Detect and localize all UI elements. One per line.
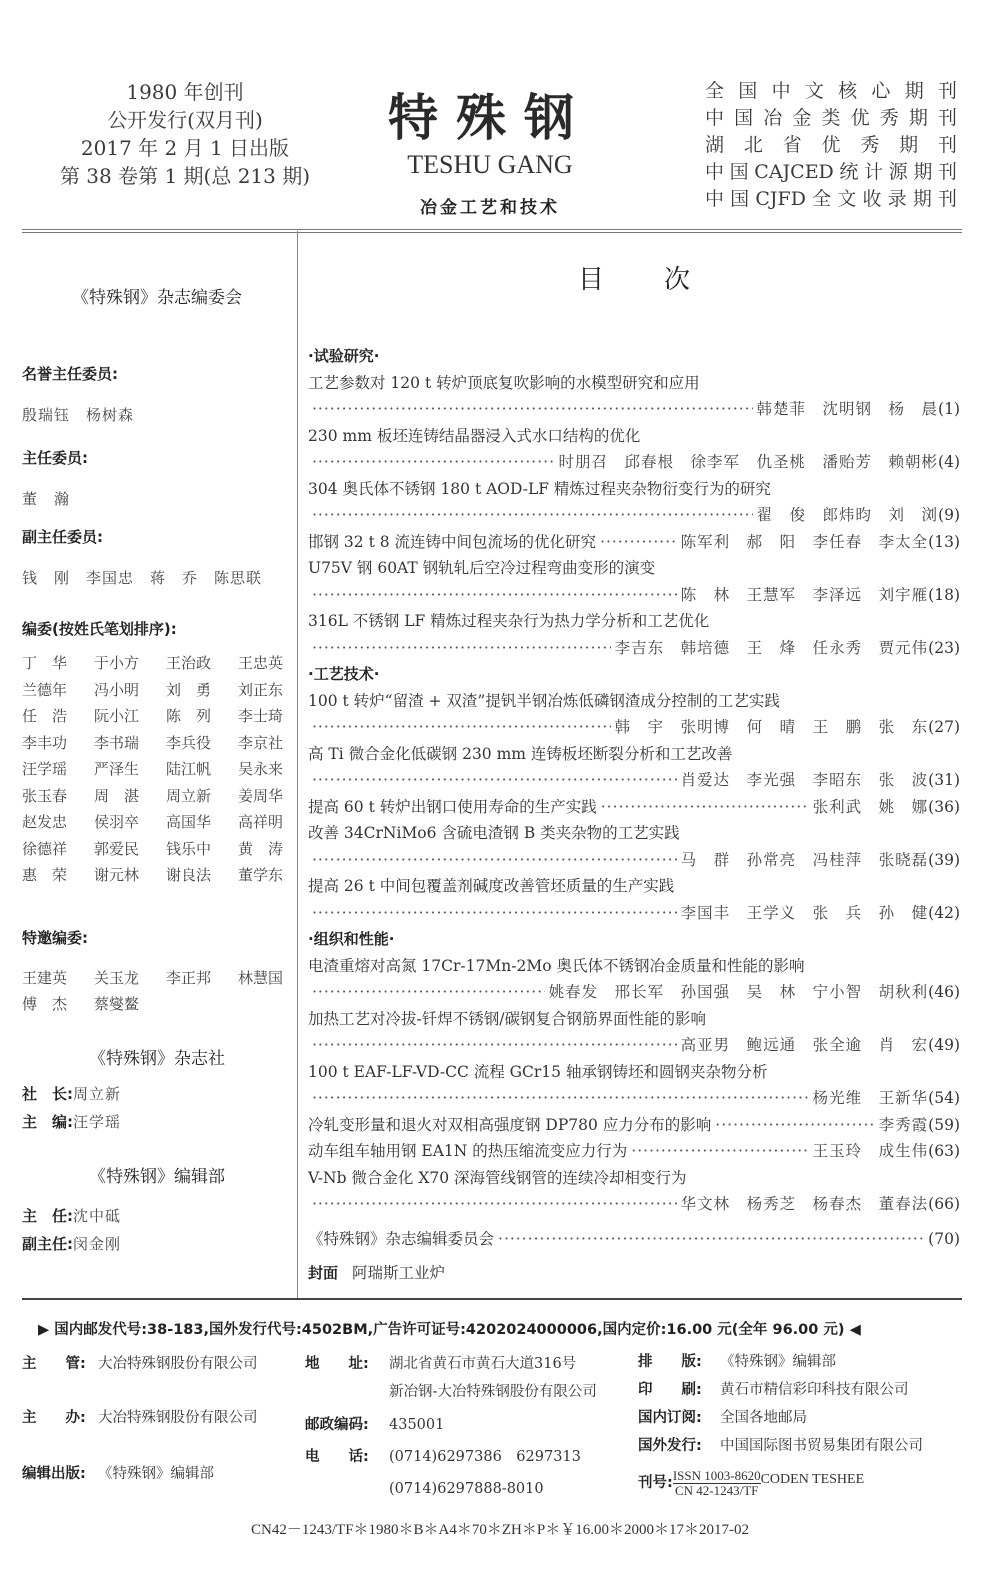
domestic-subscription-value: 全国各地邮局: [720, 1410, 807, 1426]
member-name: 黄 涛: [238, 836, 310, 863]
toc-section-heading: ·工艺技术·: [308, 661, 960, 688]
article-authors: 高亚男 鲍远通 张全逾 肖 宏: [681, 1032, 929, 1059]
dept-role: 主 任:: [22, 1207, 73, 1225]
typesetting-value: 《特殊钢》编辑部: [720, 1354, 836, 1370]
sponsor-value: 大冶特殊钢股份有限公司: [98, 1410, 258, 1426]
member-name: 丁 华: [22, 650, 94, 677]
member-name: 周立新: [166, 783, 238, 810]
dept-row: 主 任:沈中砥: [22, 1202, 292, 1230]
article-page: (59): [928, 1112, 960, 1139]
toc-entry[interactable]: V-Nb 微合金化 X70 深海管线钢管的连续冷却相变行为 华文林 杨秀芝 杨春…: [308, 1165, 960, 1218]
article-title[interactable]: 冷轧变形量和退火对双相高强度钢 DP780 应力分布的影响: [308, 1112, 711, 1139]
member-name: 高国华: [166, 809, 238, 836]
honor-line: 中国冶金类优秀期刊: [705, 105, 957, 132]
publish-date-line: 2017 年 2 月 1 日出版: [40, 134, 330, 162]
article-title[interactable]: 改善 34CrNiMo6 含硫电渣钢 B 类夹杂物的工艺实践: [308, 820, 680, 847]
article-title[interactable]: 304 奥氏体不锈钢 180 t AOD-LF 精炼过程夹杂物衍变行为的研究: [308, 476, 771, 503]
overseas-distribution-label: 国外发行:: [638, 1432, 720, 1460]
member-name: 谢良法: [166, 862, 238, 889]
pricing-bar: ▶ 国内邮发代号:38-183,国外发行代号:4502BM,广告许可证号:420…: [38, 1318, 958, 1339]
member-name: 董学东: [238, 862, 310, 889]
special-member-name: 王建英: [22, 965, 94, 992]
dept-person: 沈中砥: [73, 1207, 121, 1225]
member-name: 刘 勇: [166, 677, 238, 704]
issn-fraction: ISSN 1003-8620CN 42-1243/TF: [673, 1469, 761, 1498]
cover-info: 封面 阿瑞斯工业炉: [308, 1260, 960, 1287]
article-authors: 肖爱达 李光强 李昭东 张 波: [681, 767, 929, 794]
article-authors: 华文林 杨秀芝 杨春杰 董春法: [681, 1191, 929, 1218]
member-name: 郭爱民: [94, 836, 166, 863]
leader-dots: [312, 449, 555, 476]
member-name: 任 浩: [22, 703, 94, 730]
member-name: 李京社: [238, 730, 310, 757]
article-authors: 时朋召 邱春根 徐李军 仇圣桃 潘贻芳 赖朝彬: [559, 449, 939, 476]
member-name: 陆江帆: [166, 756, 238, 783]
article-authors: 杨光维 王新华: [813, 1085, 929, 1112]
toc-entry[interactable]: 100 t EAF-LF-VD-CC 流程 GCr15 轴承钢铸坯和圆钢夹杂物分…: [308, 1059, 960, 1112]
address-line-1: 湖北省黄石市黄石大道316号: [389, 1356, 576, 1372]
catalog-code: CN42－1243/TF＊1980＊B＊A4＊70＊ZH＊P＊￥16.00＊20…: [0, 1518, 1000, 1539]
supervisor-label: 主 管:: [22, 1350, 98, 1378]
member-name: 高祥明: [238, 809, 310, 836]
member-name: 吴永来: [238, 756, 310, 783]
journal-title: 特殊钢: [355, 88, 625, 148]
overseas-distribution-value: 中国国际图书贸易集团有限公司: [720, 1438, 923, 1454]
toc-entry[interactable]: 工艺参数对 120 t 转炉顶底复吹影响的水模型研究和应用 韩楚菲 沈明钢 杨 …: [308, 370, 960, 423]
article-page: (42): [928, 900, 960, 927]
article-title[interactable]: 电渣重熔对高氮 17Cr-17Mn-2Mo 奥氏体不锈钢冶金质量和性能的影响: [308, 953, 804, 980]
leader-dots: [312, 1032, 677, 1059]
special-member-name: 关玉龙: [94, 965, 166, 992]
cover-value: 阿瑞斯工业炉: [352, 1260, 445, 1287]
member-name: 李丰功: [22, 730, 94, 757]
article-title[interactable]: 工艺参数对 120 t 转炉顶底复吹影响的水模型研究和应用: [308, 370, 700, 397]
special-members-grid: 王建英 关玉龙 李正邦 林慧国 傅 杰 蔡燮鳌: [22, 965, 292, 1018]
toc-entry[interactable]: 提高 60 t 转炉出钢口使用寿命的生产实践张利武 姚 娜(36): [308, 794, 960, 821]
article-authors: 韩 宇 张明博 何 晴 王 鹏 张 东: [615, 714, 929, 741]
member-name: 陈 列: [166, 703, 238, 730]
toc-entry[interactable]: 冷轧变形量和退火对双相高强度钢 DP780 应力分布的影响李秀霞(59): [308, 1112, 960, 1139]
article-authors: 韩楚菲 沈明钢 杨 晨: [757, 396, 939, 423]
member-name: 谢元林: [94, 862, 166, 889]
editorial-board-title: 《特殊钢》杂志编委会: [22, 285, 292, 311]
honor-line: 中国CAJCED统计源期刊: [705, 159, 957, 186]
address-line-2: 新冶钢-大冶特殊钢股份有限公司: [389, 1384, 597, 1400]
member-name: 徐德祥: [22, 836, 94, 863]
toc-entry[interactable]: 改善 34CrNiMo6 含硫电渣钢 B 类夹杂物的工艺实践 马 群 孙常亮 冯…: [308, 820, 960, 873]
article-page: (70): [928, 1226, 960, 1253]
honorary-chair-label: 名誉主任委员:: [22, 361, 292, 387]
member-name: 阮小江: [94, 703, 166, 730]
dept-role: 副主任:: [22, 1235, 73, 1253]
office-row: 主 编:汪学瑶: [22, 1108, 292, 1136]
member-name: 赵发忠: [22, 809, 94, 836]
member-name: 冯小明: [94, 677, 166, 704]
leader-dots: [601, 794, 809, 821]
issue-number-label: 刊号:: [638, 1465, 673, 1501]
printing-label: 印 刷:: [638, 1376, 720, 1404]
article-page: (4): [938, 449, 960, 476]
postcode-value: 435001: [389, 1417, 444, 1433]
article-page: (27): [928, 714, 960, 741]
toc-title: 目次: [368, 245, 960, 305]
member-name: 张玉春: [22, 783, 94, 810]
journal-honors: 全国中文核心期刊 中国冶金类优秀期刊 湖北省优秀期刊 中国CAJCED统计源期刊…: [705, 78, 957, 213]
honor-line: 中国CJFD全文收录期刊: [705, 186, 957, 213]
leader-dots: [312, 847, 677, 874]
domestic-subscription-label: 国内订阅:: [638, 1404, 720, 1432]
toc-section-heading: ·组织和性能·: [308, 926, 960, 953]
leader-dots: [498, 1226, 924, 1253]
article-authors: 李吉东 韩培德 王 烽 任永秀 贾元伟: [615, 635, 929, 662]
chair-label: 主任委员:: [22, 445, 292, 471]
editorial-board-column: 《特殊钢》杂志编委会 名誉主任委员: 殷瑞钰 杨树森 主任委员: 董 瀚 副主任…: [22, 285, 292, 1258]
triangle-right-icon: ▶: [38, 1322, 49, 1338]
office-role: 主 编:: [22, 1113, 73, 1131]
member-name: 姜周华: [238, 783, 310, 810]
member-name: 王治政: [166, 650, 238, 677]
typesetting-label: 排 版:: [638, 1348, 720, 1376]
article-title[interactable]: U75V 钢 60AT 钢轨轧后空冷过程弯曲变形的演变: [308, 555, 655, 582]
special-member-name: 林慧国: [238, 965, 310, 992]
article-title[interactable]: 加热工艺对冷拔-钎焊不锈钢/碳钢复合钢筋界面性能的影响: [308, 1006, 706, 1033]
dept-person: 闵金刚: [73, 1235, 121, 1253]
honor-line: 湖北省优秀期刊: [705, 132, 957, 159]
pricing-text: 国内邮发代号:38-183,国外发行代号:4502BM,广告许可证号:42020…: [54, 1322, 844, 1338]
leader-dots: [312, 635, 611, 662]
postcode-label: 邮政编码:: [305, 1411, 389, 1439]
special-members-label: 特邀编委:: [22, 925, 292, 951]
volume-issue-line: 第 38 卷第 1 期(总 213 期): [40, 162, 330, 190]
toc-entry[interactable]: 邯钢 32 t 8 流连铸中间包流场的优化研究陈军利 郝 阳 李任春 李太全(1…: [308, 529, 960, 556]
member-name: 李士琦: [238, 703, 310, 730]
article-authors: 姚春发 邢长军 孙国强 吴 林 宁小智 胡秋利: [549, 979, 929, 1006]
leader-dots: [312, 900, 677, 927]
article-title[interactable]: 高 Ti 微合金化低碳钢 230 mm 连铸板坯断裂分析和工艺改善: [308, 741, 732, 768]
footer-divider: [22, 1298, 962, 1300]
article-title[interactable]: 316L 不锈钢 LF 精炼过程夹杂行为热力学分析和工艺优化: [308, 608, 709, 635]
toc-section-heading: ·试验研究·: [308, 343, 960, 370]
supervisor-value: 大冶特殊钢股份有限公司: [98, 1356, 258, 1372]
leader-dots: [715, 1112, 874, 1139]
office-person: 汪学瑶: [73, 1113, 121, 1131]
publisher-value: 《特殊钢》编辑部: [98, 1466, 214, 1482]
leader-dots: [600, 529, 677, 556]
article-page: (13): [928, 529, 960, 556]
article-authors: 马 群 孙常亮 冯桂萍 张晓磊: [681, 847, 929, 874]
article-page: (66): [928, 1191, 960, 1218]
special-member-name: 傅 杰: [22, 991, 94, 1018]
article-page: (36): [928, 794, 960, 821]
member-name: 汪学瑶: [22, 756, 94, 783]
coden-value: CODEN TESHEE: [761, 1472, 865, 1487]
printing-value: 黄石市精信彩印科技有限公司: [720, 1382, 909, 1398]
office-person: 周立新: [73, 1085, 121, 1103]
member-name: 李书瑞: [94, 730, 166, 757]
article-authors: 陈 林 王慧军 李泽远 刘宇雁: [681, 582, 929, 609]
toc-entry[interactable]: 304 奥氏体不锈钢 180 t AOD-LF 精炼过程夹杂物衍变行为的研究 翟…: [308, 476, 960, 529]
member-name: 严泽生: [94, 756, 166, 783]
magazine-office-title: 《特殊钢》杂志社: [22, 1046, 292, 1072]
member-name: 惠 荣: [22, 862, 94, 889]
office-row: 社 长:周立新: [22, 1080, 292, 1108]
footer-col-distribution: 排 版:《特殊钢》编辑部 印 刷:黄石市精信彩印科技有限公司 国内订阅:全国各地…: [638, 1348, 923, 1498]
footer-col-sponsor: 主 管:大冶特殊钢股份有限公司 主 办:大冶特殊钢股份有限公司 编辑出版:《特殊…: [22, 1350, 258, 1488]
phone-line-1: (0714)6297386 6297313: [389, 1449, 581, 1465]
toc-entry[interactable]: 230 mm 板坯连铸结晶器浸入式水口结构的优化 时朋召 邱春根 徐李军 仇圣桃…: [308, 423, 960, 476]
sponsor-label: 主 办:: [22, 1404, 98, 1432]
honor-line: 全国中文核心期刊: [705, 78, 957, 105]
cn-value: CN 42-1243/TF: [673, 1484, 761, 1498]
toc-entry-committee[interactable]: 《特殊钢》杂志编辑委员会(70): [308, 1226, 960, 1253]
members-label: 编委(按姓氏笔划排序):: [22, 616, 292, 642]
member-name: 李兵役: [166, 730, 238, 757]
article-title[interactable]: 《特殊钢》杂志编辑委员会: [308, 1226, 494, 1253]
honorary-chair-names: 殷瑞钰 杨树森: [22, 402, 292, 428]
toc-entry[interactable]: 电渣重熔对高氮 17Cr-17Mn-2Mo 奥氏体不锈钢冶金质量和性能的影响 姚…: [308, 953, 960, 1006]
article-authors: 李国丰 王学义 张 兵 孙 健: [681, 900, 929, 927]
article-title[interactable]: 230 mm 板坯连铸结晶器浸入式水口结构的优化: [308, 423, 640, 450]
article-title[interactable]: 动车组车轴用钢 EA1N 的热压缩流变应力行为: [308, 1138, 627, 1165]
chair-names: 董 瀚: [22, 486, 292, 512]
leader-dots: [312, 502, 753, 529]
article-page: (49): [928, 1032, 960, 1059]
article-page: (31): [928, 767, 960, 794]
triangle-left-icon: ◀: [850, 1322, 861, 1338]
article-page: (39): [928, 847, 960, 874]
journal-subtitle: 冶金工艺和技术: [355, 193, 625, 218]
member-name: 王忠英: [238, 650, 310, 677]
members-grid: 丁 华 于小方 王治政 王忠英 兰德年 冯小明 刘 勇 刘正东 任 浩 阮小江 …: [22, 650, 292, 889]
article-page: (46): [928, 979, 960, 1006]
leader-dots: [631, 1138, 808, 1165]
article-title[interactable]: 提高 60 t 转炉出钢口使用寿命的生产实践: [308, 794, 597, 821]
leader-dots: [312, 1191, 677, 1218]
phone-label: 电 话:: [305, 1443, 389, 1471]
article-page: (1): [938, 396, 960, 423]
special-member-name: 蔡燮鳌: [94, 991, 166, 1018]
member-name: 于小方: [94, 650, 166, 677]
table-of-contents: 目次 ·试验研究· 工艺参数对 120 t 转炉顶底复吹影响的水模型研究和应用 …: [308, 245, 960, 1287]
article-page: (54): [928, 1085, 960, 1112]
toc-entry[interactable]: 316L 不锈钢 LF 精炼过程夹杂行为热力学分析和工艺优化 李吉东 韩培德 王…: [308, 608, 960, 661]
article-page: (63): [928, 1138, 960, 1165]
toc-entry[interactable]: 提高 26 t 中间包覆盖剂碱度改善管坯质量的生产实践 李国丰 王学义 张 兵 …: [308, 873, 960, 926]
article-authors: 王玉玲 成生伟: [813, 1138, 929, 1165]
article-authors: 陈军利 郝 阳 李任春 李太全: [681, 529, 929, 556]
cover-label: 封面: [308, 1260, 338, 1287]
member-name: 周 湛: [94, 783, 166, 810]
toc-entry[interactable]: U75V 钢 60AT 钢轨轧后空冷过程弯曲变形的演变 陈 林 王慧军 李泽远 …: [308, 555, 960, 608]
member-name: 钱乐中: [166, 836, 238, 863]
toc-entry[interactable]: 高 Ti 微合金化低碳钢 230 mm 连铸板坯断裂分析和工艺改善 肖爱达 李光…: [308, 741, 960, 794]
leader-dots: [312, 396, 753, 423]
frequency-line: 公开发行(双月刊): [40, 106, 330, 134]
article-title[interactable]: 100 t EAF-LF-VD-CC 流程 GCr15 轴承钢铸坯和圆钢夹杂物分…: [308, 1059, 767, 1086]
editorial-dept-title: 《特殊钢》编辑部: [22, 1164, 292, 1190]
article-authors: 张利武 姚 娜: [813, 794, 929, 821]
leader-dots: [312, 582, 677, 609]
header-divider: [22, 229, 962, 233]
phone-line-2: (0714)6297888-8010: [389, 1481, 544, 1497]
toc-entry[interactable]: 100 t 转炉“留渣 + 双渣”提钒半钢冶炼低磷钢渣成分控制的工艺实践 韩 宇…: [308, 688, 960, 741]
toc-entry[interactable]: 加热工艺对冷拔-钎焊不锈钢/碳钢复合钢筋界面性能的影响 高亚男 鲍远通 张全逾 …: [308, 1006, 960, 1059]
article-page: (18): [928, 582, 960, 609]
article-title[interactable]: 提高 26 t 中间包覆盖剂碱度改善管坯质量的生产实践: [308, 873, 674, 900]
address-label: 地 址:: [305, 1350, 389, 1378]
vice-chair-names: 钱 刚 李国忠 蒋 乔 陈思联: [22, 565, 292, 591]
article-page: (23): [928, 635, 960, 662]
article-authors: 翟 俊 郎炜昀 刘 浏: [757, 502, 939, 529]
dept-row: 副主任:闵金刚: [22, 1230, 292, 1258]
leader-dots: [312, 1085, 809, 1112]
member-name: 刘正东: [238, 677, 310, 704]
founded-line: 1980 年创刊: [40, 78, 330, 106]
leader-dots: [312, 714, 611, 741]
member-name: 侯羽卒: [94, 809, 166, 836]
article-title[interactable]: 邯钢 32 t 8 流连铸中间包流场的优化研究: [308, 529, 596, 556]
journal-title-en: TESHU GANG: [355, 150, 625, 180]
vice-chair-label: 副主任委员:: [22, 524, 292, 550]
toc-entry[interactable]: 动车组车轴用钢 EA1N 的热压缩流变应力行为王玉玲 成生伟(63): [308, 1138, 960, 1165]
footer-col-contact: 地 址:湖北省黄石市黄石大道316号 新冶钢-大冶特殊钢股份有限公司 邮政编码:…: [305, 1350, 597, 1503]
issn-value: ISSN 1003-8620: [673, 1469, 761, 1484]
leader-dots: [312, 979, 545, 1006]
article-title[interactable]: 100 t 转炉“留渣 + 双渣”提钒半钢冶炼低磷钢渣成分控制的工艺实践: [308, 688, 780, 715]
leader-dots: [312, 767, 677, 794]
special-member-name: 李正邦: [166, 965, 238, 992]
publication-info: 1980 年创刊 公开发行(双月刊) 2017 年 2 月 1 日出版 第 38…: [40, 78, 330, 190]
article-page: (9): [938, 502, 960, 529]
member-name: 兰德年: [22, 677, 94, 704]
article-title[interactable]: V-Nb 微合金化 X70 深海管线钢管的连续冷却相变行为: [308, 1165, 687, 1192]
article-authors: 李秀霞: [879, 1112, 929, 1139]
publisher-label: 编辑出版:: [22, 1460, 98, 1488]
office-role: 社 长:: [22, 1085, 73, 1103]
